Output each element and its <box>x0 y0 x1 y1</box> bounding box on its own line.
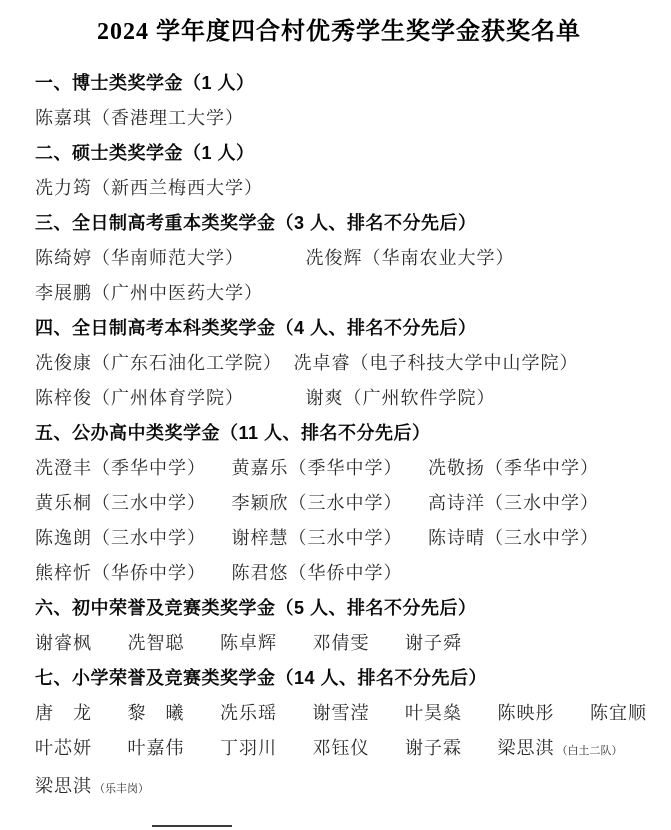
awardee: 谢爽（广州软件学院） <box>306 381 496 416</box>
section-masters: 二、硕士类奖学金（1 人） 冼力筠（新西兰梅西大学） <box>35 136 643 206</box>
awardee: 李展鹏（广州中医药大学） <box>35 276 263 311</box>
awardee: 叶昊燊 <box>405 696 462 731</box>
name-row: 冼澄丰（季华中学） 黄嘉乐（季华中学） 冼敬扬（季华中学） <box>35 451 643 486</box>
awardee: 陈诗晴（三水中学） <box>428 521 599 556</box>
awardee: 黄乐桐（三水中学） <box>35 486 206 521</box>
name-row: 冼俊康（广东石油化工学院） 冼卓睿（电子科技大学中山学院） <box>35 346 643 381</box>
section-heading: 一、博士类奖学金（1 人） <box>35 66 643 101</box>
section-heading: 四、全日制高考本科类奖学金（4 人、排名不分先后） <box>35 311 643 346</box>
awardee: 陈宜顺 <box>590 696 647 731</box>
name-row: 谢睿枫 冼智聪 陈卓辉 邓倩雯 谢子舜 <box>35 626 643 661</box>
awardee: 邓钰仪 <box>313 731 370 766</box>
name-row: 陈绮婷（华南师范大学） 冼俊辉（华南农业大学） <box>35 241 643 276</box>
section-heading: 五、公办高中类奖学金（11 人、排名不分先后） <box>35 416 643 451</box>
awardee: 熊梓忻（华侨中学） <box>35 556 206 591</box>
awardee-name: 梁思淇 <box>498 738 555 758</box>
section-gaokao-undergraduate: 四、全日制高考本科类奖学金（4 人、排名不分先后） 冼俊康（广东石油化工学院） … <box>35 311 643 416</box>
awardee: 叶芯妍 <box>35 731 92 766</box>
awardee: 陈梓俊（广州体育学院） <box>35 381 244 416</box>
awardee: 叶嘉伟 <box>128 731 185 766</box>
name-row: 李展鹏（广州中医药大学） <box>35 276 643 311</box>
awardee: 梁思淇（白土二队） <box>498 731 623 769</box>
name-row: 陈逸朗（三水中学） 谢梓慧（三水中学） 陈诗晴（三水中学） <box>35 521 643 556</box>
awardee: 谢子舜 <box>405 626 462 661</box>
awardee: 冼乐瑶 <box>220 696 277 731</box>
awardee: 冼智聪 <box>128 626 185 661</box>
document-page: 2024 学年度四合村优秀学生奖学金获奖名单 一、博士类奖学金（1 人） 陈嘉琪… <box>0 0 671 830</box>
name-row: 陈嘉琪（香港理工大学） <box>35 101 643 136</box>
awardee: 冼俊辉（华南农业大学） <box>306 241 515 276</box>
section-heading: 三、全日制高考重本类奖学金（3 人、排名不分先后） <box>35 206 643 241</box>
section-heading: 六、初中荣誉及竞赛类奖学金（5 人、排名不分先后） <box>35 591 643 626</box>
name-row: 黄乐桐（三水中学） 李颖欣（三水中学） 高诗洋（三水中学） <box>35 486 643 521</box>
name-row: 梁思淇（乐丰岗） <box>35 769 643 807</box>
awardee: 谢梓慧（三水中学） <box>232 521 403 556</box>
awardee: 黎 曦 <box>128 696 185 731</box>
section-junior-high-honors: 六、初中荣誉及竞赛类奖学金（5 人、排名不分先后） 谢睿枫 冼智聪 陈卓辉 邓倩… <box>35 591 643 661</box>
awardee: 谢子霖 <box>405 731 462 766</box>
name-row: 叶芯妍 叶嘉伟 丁羽川 邓钰仪 谢子霖 梁思淇（白土二队） <box>35 731 643 769</box>
section-public-high-school: 五、公办高中类奖学金（11 人、排名不分先后） 冼澄丰（季华中学） 黄嘉乐（季华… <box>35 416 643 591</box>
name-row: 唐 龙 黎 曦 冼乐瑶 谢雪滢 叶昊燊 陈映彤 陈宜顺 <box>35 696 643 731</box>
awardee-note: （白土二队） <box>557 745 623 757</box>
awardee: 陈映彤 <box>498 696 555 731</box>
section-primary-school-honors: 七、小学荣誉及竞赛类奖学金（14 人、排名不分先后） 唐 龙 黎 曦 冼乐瑶 谢… <box>35 661 643 807</box>
name-row: 熊梓忻（华侨中学） 陈君悠（华侨中学） <box>35 556 643 591</box>
awardee: 陈逸朗（三水中学） <box>35 521 206 556</box>
awardee: 谢雪滢 <box>313 696 370 731</box>
awardee: 陈绮婷（华南师范大学） <box>35 241 244 276</box>
awardee: 梁思淇（乐丰岗） <box>35 769 149 807</box>
awardee-note: （乐丰岗） <box>94 783 149 795</box>
page-title: 2024 学年度四合村优秀学生奖学金获奖名单 <box>35 12 643 52</box>
name-row: 冼力筠（新西兰梅西大学） <box>35 171 643 206</box>
page-break-line <box>152 825 232 827</box>
section-heading: 七、小学荣誉及竞赛类奖学金（14 人、排名不分先后） <box>35 661 643 696</box>
awardee: 黄嘉乐（季华中学） <box>232 451 403 486</box>
awardee: 冼卓睿（电子科技大学中山学院） <box>294 346 579 381</box>
awardee: 李颖欣（三水中学） <box>232 486 403 521</box>
section-doctoral: 一、博士类奖学金（1 人） 陈嘉琪（香港理工大学） <box>35 66 643 136</box>
awardee: 丁羽川 <box>220 731 277 766</box>
awardee: 冼敬扬（季华中学） <box>428 451 599 486</box>
awardee: 邓倩雯 <box>313 626 370 661</box>
section-heading: 二、硕士类奖学金（1 人） <box>35 136 643 171</box>
name-row: 陈梓俊（广州体育学院） 谢爽（广州软件学院） <box>35 381 643 416</box>
awardee: 冼澄丰（季华中学） <box>35 451 206 486</box>
awardee: 陈卓辉 <box>220 626 277 661</box>
awardee: 高诗洋（三水中学） <box>428 486 599 521</box>
awardee: 冼俊康（广东石油化工学院） <box>35 346 282 381</box>
section-gaokao-key-university: 三、全日制高考重本类奖学金（3 人、排名不分先后） 陈绮婷（华南师范大学） 冼俊… <box>35 206 643 311</box>
awardee-name: 梁思淇 <box>35 776 92 796</box>
awardee: 陈君悠（华侨中学） <box>232 556 403 591</box>
awardee: 冼力筠（新西兰梅西大学） <box>35 171 263 206</box>
awardee: 谢睿枫 <box>35 626 92 661</box>
awardee: 陈嘉琪（香港理工大学） <box>35 101 244 136</box>
awardee: 唐 龙 <box>35 696 92 731</box>
